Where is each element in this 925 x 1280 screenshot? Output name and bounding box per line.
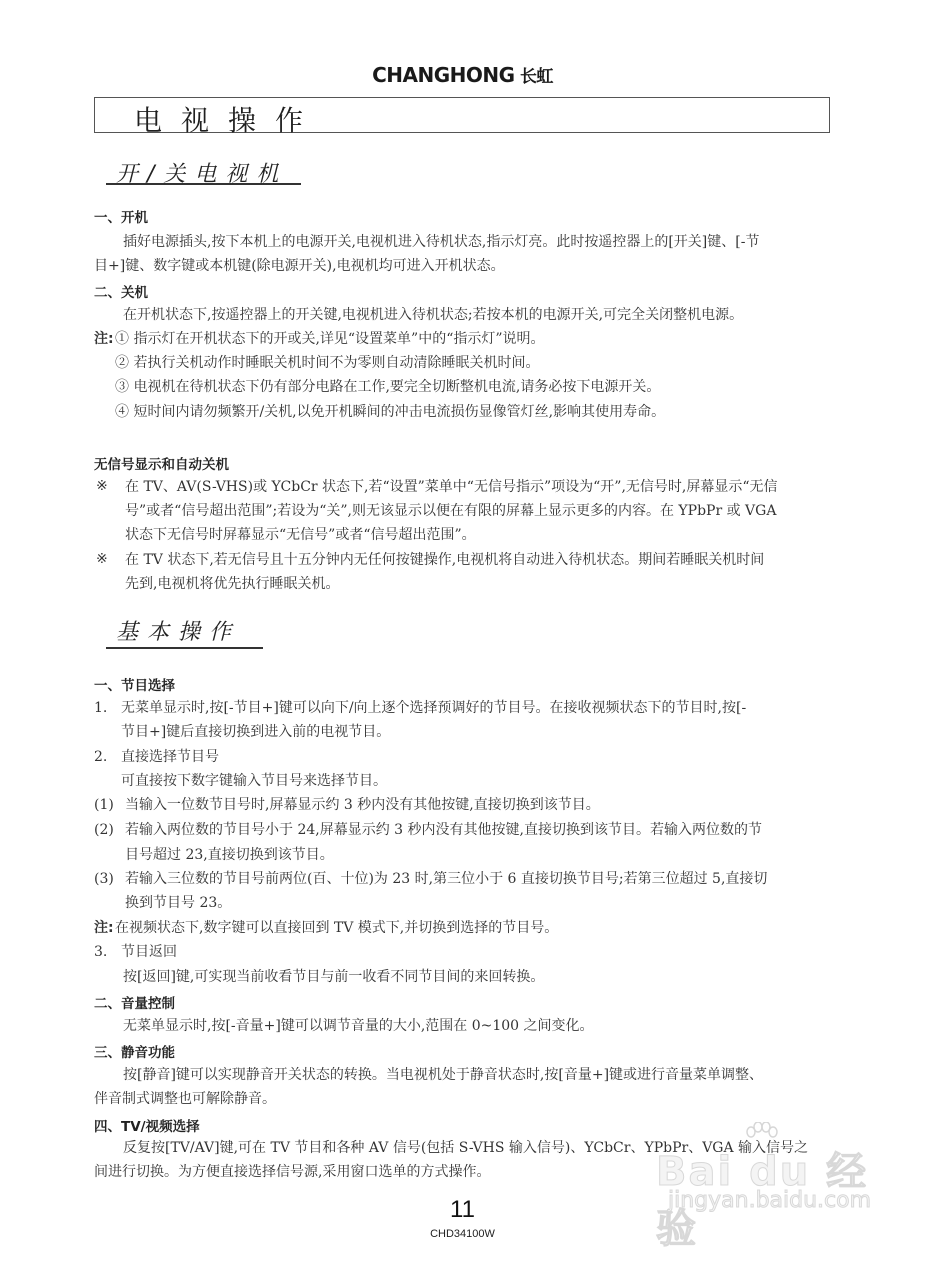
list-number: 2. <box>94 748 107 766</box>
brand-latin: CHANGHONG <box>372 63 514 87</box>
paragraph-line: 在开机状态下,按遥控器上的开关键,电视机进入待机状态;若按本机的电源开关,可完全… <box>123 306 743 324</box>
note-item: ④ 短时间内请勿频繁开/关机,以免开机瞬间的冲击电流损伤显像管灯丝,影响其使用寿… <box>115 403 665 421</box>
paragraph-line: 无菜单显示时,按[-节目+]键可以向下/向上逐个选择预调好的节目号。在接收视频状… <box>121 699 746 717</box>
paragraph-line: 换到节目号 23。 <box>125 894 231 912</box>
subheading-volume: 二、音量控制 <box>94 992 175 1012</box>
paragraph-line: 当输入一位数节目号时,屏幕显示约 3 秒内没有其他按键,直接切换到该节目。 <box>125 796 600 814</box>
subheading-power-on: 一、开机 <box>94 206 148 226</box>
paragraph-line: 可直接按下数字键输入节目号来选择节目。 <box>121 772 387 790</box>
paragraph-line: 先到,电视机将优先执行睡眠关机。 <box>125 575 339 593</box>
subheading-mute: 三、静音功能 <box>94 1041 175 1061</box>
note-item: ③ 电视机在待机状态下仍有部分电路在工作,要完全切断整机电流,请务必按下电源开关… <box>115 378 660 396</box>
paragraph-line: 在 TV 状态下,若无信号且十五分钟内无任何按键操作,电视机将自动进入待机状态。… <box>125 551 764 569</box>
paragraph-line: 目号超过 23,直接切换到该节目。 <box>125 846 334 864</box>
sublist-number: (1) <box>94 796 114 814</box>
paragraph-line: 号”或者“信号超出范围”;若设为“关”,则无该显示以便在有限的屏幕上显示更多的内… <box>125 502 776 520</box>
brand-cn: 长虹 <box>520 67 553 87</box>
subheading-tv-video: 四、TV/视频选择 <box>94 1115 200 1135</box>
list-number: 1. <box>94 699 107 717</box>
section-underline <box>106 183 301 185</box>
paragraph-line: 若输入两位数的节目号小于 24,屏幕显示约 3 秒内没有其他按键,直接切换到该节… <box>125 821 762 839</box>
sublist-number: (2) <box>94 821 114 839</box>
note-item: ② 若执行关机动作时睡眠关机时间不为零则自动清除睡眠关机时间。 <box>115 354 539 372</box>
paragraph-line: 间进行切换。为方便直接选择信号源,采用窗口选单的方式操作。 <box>94 1163 490 1181</box>
paragraph-line: 若输入三位数的节目号前两位(百、十位)为 23 时,第三位小于 6 直接切换节目… <box>125 870 767 888</box>
note-text: 在视频状态下,数字键可以直接回到 TV 模式下,并切换到选择的节目号。 <box>115 919 558 937</box>
paragraph-line: 插好电源插头,按下本机上的电源开关,电视机进入待机状态,指示灯亮。此时按遥控器上… <box>123 233 759 251</box>
brand-logo: CHANGHONG 长虹 <box>0 62 925 87</box>
item-title: 节目返回 <box>121 943 177 961</box>
reference-mark-icon: ※ <box>96 478 108 494</box>
reference-mark-icon: ※ <box>96 551 108 567</box>
subheading-program-select: 一、节目选择 <box>94 674 175 694</box>
section-heading-basic: 基本操作 <box>116 615 240 646</box>
section-underline <box>106 647 263 649</box>
note-label: 注: <box>94 330 114 348</box>
chapter-title: 电视操作 <box>134 99 322 139</box>
item-title: 直接选择节目号 <box>121 748 219 766</box>
subheading-no-signal: 无信号显示和自动关机 <box>94 453 229 473</box>
note-item: ① 指示灯在开机状态下的开或关,详见“设置菜单”中的“指示灯”说明。 <box>115 330 545 348</box>
sublist-number: (3) <box>94 870 114 888</box>
watermark-url: jingyan.baidu.com <box>668 1188 871 1213</box>
paragraph-line: 状态下无信号时屏幕显示“无信号”或者“信号超出范围”。 <box>125 526 476 544</box>
note-label: 注: <box>94 919 114 937</box>
subheading-power-off: 二、关机 <box>94 281 148 301</box>
baidu-watermark: Bai du 经验 jingyan.baidu.com <box>648 1140 898 1220</box>
paragraph-line: 无菜单显示时,按[-音量+]键可以调节音量的大小,范围在 0~100 之间变化。 <box>123 1017 594 1035</box>
list-number: 3. <box>94 943 107 961</box>
paragraph-line: 节目+]键后直接切换到进入前的电视节目。 <box>121 723 390 741</box>
paragraph-line: 目+]键、数字键或本机键(除电源开关),电视机均可进入开机状态。 <box>94 257 505 275</box>
paragraph-line: 伴音制式调整也可解除静音。 <box>94 1090 276 1108</box>
paragraph-line: 按[返回]键,可实现当前收看节目与前一收看不同节目间的来回转换。 <box>123 968 544 986</box>
paragraph-line: 按[静音]键可以实现静音开关状态的转换。当电视机处于静音状态时,按[音量+]键或… <box>123 1066 763 1084</box>
paragraph-line: 在 TV、AV(S-VHS)或 YCbCr 状态下,若“设置”菜单中“无信号指示… <box>125 478 778 496</box>
